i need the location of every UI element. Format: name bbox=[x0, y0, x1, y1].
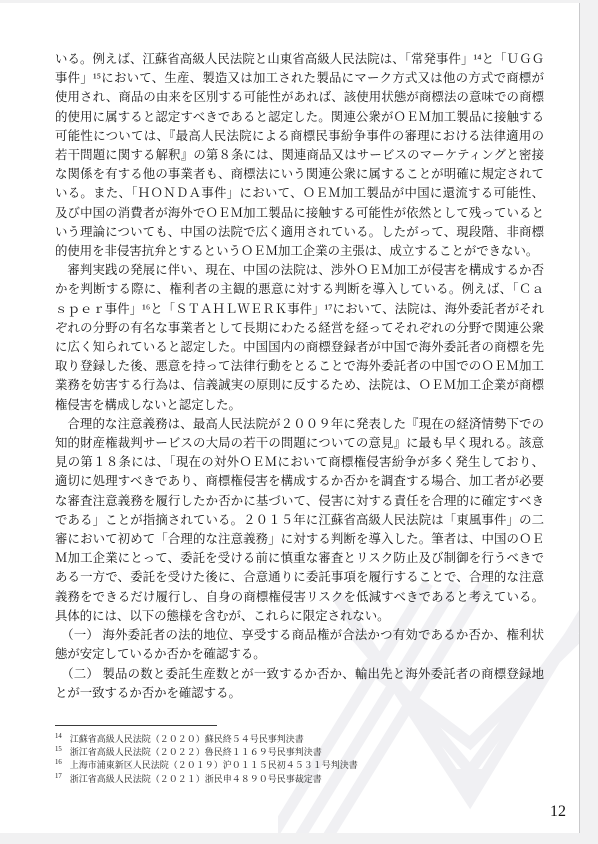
paragraph: 合理的な注意義務は、最高人民法院が２００９年に発表した『現在の経済情勢下での知的… bbox=[55, 415, 544, 626]
paragraph: 審判実践の発展に伴い、現在、中国の法院は、渉外ＯＥＭ加工が侵害を構成するか否かを… bbox=[55, 261, 544, 415]
footnote-separator bbox=[55, 725, 217, 726]
footnote-text: 江蘇省高級人民法院（２０２０）蘇民終５４号民事判決書 bbox=[70, 734, 304, 744]
paragraph-item-1: （一） 海外委託者の法的地位、享受する商品権が合法かつ有効であるか否か、権利状態… bbox=[55, 626, 544, 664]
footnote: 17浙江省高級人民法院（２０２１）浙民申４８９０号民事裁定書 bbox=[55, 773, 544, 786]
footnote-number: 17 bbox=[55, 773, 62, 780]
footnote: 14江蘇省高級人民法院（２０２０）蘇民終５４号民事判決書 bbox=[55, 733, 544, 746]
footnotes-section: 14江蘇省高級人民法院（２０２０）蘇民終５４号民事判決書 15浙江省高級人民法院… bbox=[55, 725, 544, 786]
footnote: 15浙江省高級人民法院（２０２２）魯民終１１６９号民事判決書 bbox=[55, 746, 544, 759]
footnote-text: 浙江省高級人民法院（２０２２）魯民終１１６９号民事判決書 bbox=[70, 747, 322, 757]
document-page: いる。例えば、江蘇省高級人民法院と山東省高級人民法院は、「常発事件」¹⁴と「ＵＧ… bbox=[0, 3, 580, 833]
footnote-text: 上海市浦東新区人民法院（２０１９）沪０１１５民初４５３１号判決書 bbox=[70, 760, 358, 770]
body-text: いる。例えば、江蘇省高級人民法院と山東省高級人民法院は、「常発事件」¹⁴と「ＵＧ… bbox=[55, 50, 544, 703]
paragraph: いる。例えば、江蘇省高級人民法院と山東省高級人民法院は、「常発事件」¹⁴と「ＵＧ… bbox=[55, 50, 544, 261]
footnote: 16上海市浦東新区人民法院（２０１９）沪０１１５民初４５３１号判決書 bbox=[55, 759, 544, 772]
footnote-number: 14 bbox=[55, 733, 62, 740]
footnote-number: 15 bbox=[55, 746, 62, 753]
paragraph-item-2: （二） 製品の数と委託生産数とが一致するか否か、輸出先と海外委託者の商標登録地と… bbox=[55, 665, 544, 703]
viewer-background: いる。例えば、江蘇省高級人民法院と山東省高級人民法院は、「常発事件」¹⁴と「ＵＧ… bbox=[0, 0, 598, 844]
page-number: 12 bbox=[550, 803, 566, 821]
footnote-text: 浙江省高級人民法院（２０２１）浙民申４８９０号民事裁定書 bbox=[70, 774, 322, 784]
footnote-number: 16 bbox=[55, 759, 62, 766]
